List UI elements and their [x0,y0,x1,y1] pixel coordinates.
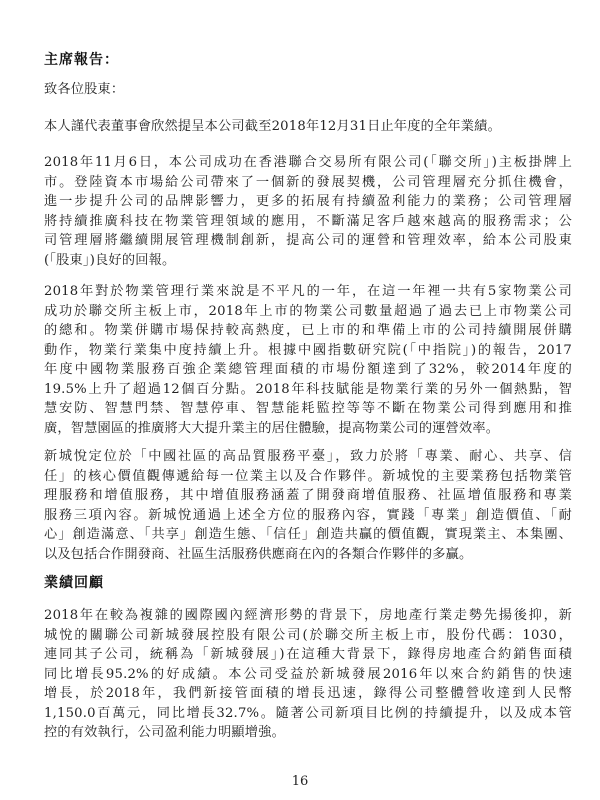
paragraph-line: 新城悅定位於「中國社區的高品質服務平臺」，致力於將「專業、耐心、共享、信 [44,447,572,467]
section-heading: 業績回顧 [44,572,104,592]
paragraph-line: 成功於聯交所主板上市，2018年上市的物業公司數量超過了過去已上市物業公司 [44,302,572,322]
paragraph-line: 將持續推廣科技在物業管理領域的應用，不斷滿足客戶越來越高的服務需求；公 [44,212,572,232]
paragraph-line: 年度中國物業服務百強企業總管理面積的市場份額達到了32%，較2014年度的 [44,360,572,380]
paragraph-line: 控的有效執行，公司盈利能力明顯增強。 [44,723,572,743]
paragraph-line: 2018年在較為複雜的國際國內經濟形勢的背景下，房地產行業走勢先揚後抑，新 [44,606,572,626]
intro-paragraph: 本人謹代表董事會欣然提呈本公司截至2018年12月31日止年度的全年業績。 [44,117,572,137]
paragraph-line: 任」的核心價值觀傳遞給每一位業主以及合作夥伴。新城悅的主要業務包括物業管 [44,467,572,487]
salutation: 致各位股東： [44,80,572,100]
paragraph-line: 理服務和增值服務，其中增值服務涵蓋了開發商增值服務、社區增值服務和專業 [44,486,572,506]
paragraph-line: 慧安防、智慧門禁、智慧停車、智慧能耗監控等等不斷在物業公司得到應用和推 [44,399,572,419]
paragraph-line: 服務三項內容。新城悅通過上述全方位的服務內容，實踐「專業」創造價值、「耐 [44,506,572,526]
paragraph-line: (「股東」)良好的回報。 [44,251,572,271]
paragraph-line: 連同其子公司，統稱為「新城發展」)在這種大背景下，錄得房地產合約銷售面積 [44,645,572,665]
paragraph-line: 2018年對於物業管理行業來說是不平凡的一年，在這一年裡一共有5家物業公司 [44,282,572,302]
paragraph-line: 同比增長95.2%的好成績。本公司受益於新城發展2016年以來合約銷售的快速 [44,665,572,685]
paragraph-line: 以及包括合作開發商、社區生活服務供應商在內的各類合作夥伴的多贏。 [44,545,572,565]
paragraph-line: 1,150.0百萬元，同比增長32.7%。隨著公司新項目比例的持續提升，以及成本… [44,704,572,724]
paragraph-line: 司管理層將繼續開展管理機制創新，提高公司的運營和管理效率，給本公司股東 [44,231,572,251]
paragraph-line: 的總和。物業併購市場保持較高熱度，已上市的和準備上市的公司持續開展併購 [44,321,572,341]
paragraph-line: 進一步提升公司的品牌影響力，更多的拓展有持續盈利能力的業務；公司管理層 [44,192,572,212]
paragraph-line: 增長，於2018年，我們新接管面積的增長迅速，錄得公司整體營收達到人民幣 [44,684,572,704]
page-title: 主席報告： [44,49,119,69]
paragraph-line: 心」創造滿意、「共享」創造生態、「信任」創造共贏的價值觀，實現業主、本集團、 [44,525,572,545]
page-number: 16 [0,774,600,789]
paragraph-line: 城悅的關聯公司新城發展控股有限公司(於聯交所主板上市，股份代碼：1030， [44,626,572,646]
paragraph-line: 市。登陸資本市場給公司帶來了一個新的發展契機，公司管理層充分抓住機會， [44,173,572,193]
paragraph-line: 2018年11月6日，本公司成功在香港聯合交易所有限公司(「聯交所」)主板掛牌上 [44,153,572,173]
paragraph-line: 動作，物業行業集中度持續上升。根據中國指數研究院(「中指院」)的報告，2017 [44,341,572,361]
paragraph-line: 19.5%上升了超過12個百分點。2018年科技賦能是物業行業的另外一個熱點，智 [44,380,572,400]
paragraph-line: 廣，智慧園區的推廣將大大提升業主的居住體驗，提高物業公司的運營效率。 [44,419,572,439]
